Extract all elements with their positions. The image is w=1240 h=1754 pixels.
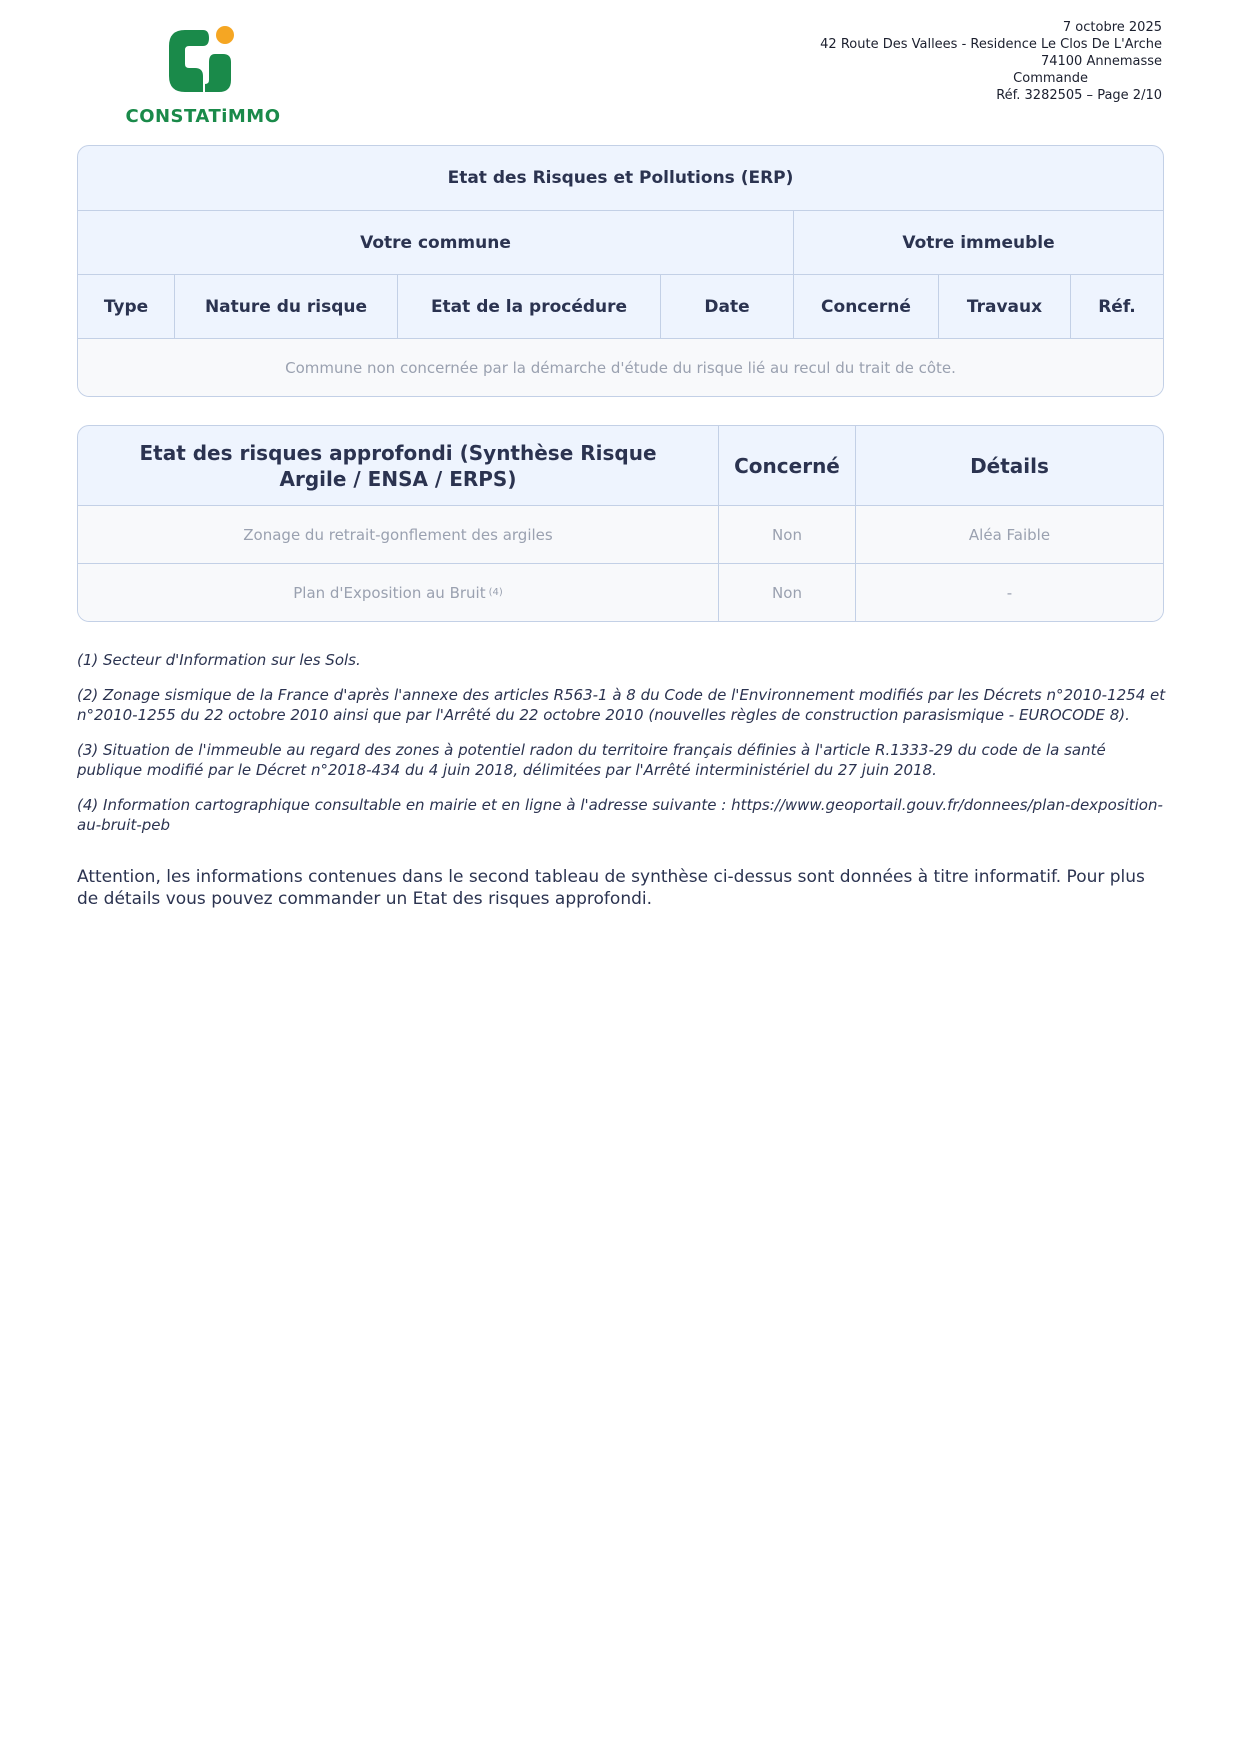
table-row: Plan d'Exposition au Bruit(4) Non - <box>78 564 1163 621</box>
reference-page: Réf. 3282505 – Page 2/10 <box>820 87 1162 104</box>
column-header-nature: Nature du risque <box>174 275 397 338</box>
company-logo: CONSTATiMMO <box>118 18 288 130</box>
column-header-procedure: Etat de la procédure <box>397 275 660 338</box>
erp-table: Etat des Risques et Pollutions (ERP) Vot… <box>77 145 1164 397</box>
column-header-travaux: Travaux <box>938 275 1070 338</box>
column-header-ref: Réf. <box>1070 275 1163 338</box>
risk-label: Zonage du retrait-gonflement des argiles <box>78 506 718 563</box>
erp-status-message: Commune non concernée par la démarche d'… <box>78 339 1163 396</box>
deep-risk-header-row: Etat des risques approfondi (Synthèse Ri… <box>78 426 1163 506</box>
column-header-date: Date <box>660 275 793 338</box>
group-header-immeuble: Votre immeuble <box>793 211 1163 274</box>
brand-name: CONSTATiMMO <box>118 106 288 127</box>
table-row: Zonage du retrait-gonflement des argiles… <box>78 506 1163 564</box>
risk-label-text: Zonage du retrait-gonflement des argiles <box>243 526 552 544</box>
column-header-concerne: Concerné <box>793 275 938 338</box>
erp-column-header-row: Type Nature du risque Etat de la procédu… <box>78 275 1163 339</box>
deep-risk-table: Etat des risques approfondi (Synthèse Ri… <box>77 425 1164 622</box>
document-header-info: 7 octobre 2025 42 Route Des Vallees - Re… <box>820 19 1162 104</box>
property-city: 74100 Annemasse <box>820 53 1162 70</box>
group-header-commune: Votre commune <box>78 211 793 274</box>
erp-table-title: Etat des Risques et Pollutions (ERP) <box>78 146 1163 210</box>
risk-concerne: Non <box>718 564 855 621</box>
property-address: 42 Route Des Vallees - Residence Le Clos… <box>820 36 1162 53</box>
column-header-concerne: Concerné <box>718 426 855 505</box>
attention-notice: Attention, les informations contenues da… <box>77 866 1167 910</box>
footnote-2: (2) Zonage sismique de la France d'après… <box>77 685 1167 725</box>
risk-concerne: Non <box>718 506 855 563</box>
footnotes: (1) Secteur d'Information sur les Sols. … <box>77 650 1167 850</box>
erp-message-row: Commune non concernée par la démarche d'… <box>78 339 1163 396</box>
constatimmo-logo-icon <box>163 22 243 102</box>
footnote-3: (3) Situation de l'immeuble au regard de… <box>77 740 1167 780</box>
risk-label-text: Plan d'Exposition au Bruit <box>293 584 485 602</box>
erp-group-header-row: Votre commune Votre immeuble <box>78 211 1163 275</box>
risk-details: Aléa Faible <box>855 506 1163 563</box>
column-header-details: Détails <box>855 426 1163 505</box>
order-label: Commande <box>820 70 1088 87</box>
footnote-reference: (4) <box>489 587 503 598</box>
risk-details: - <box>855 564 1163 621</box>
deep-risk-title: Etat des risques approfondi (Synthèse Ri… <box>78 426 718 505</box>
erp-table-title-row: Etat des Risques et Pollutions (ERP) <box>78 146 1163 211</box>
column-header-type: Type <box>78 275 174 338</box>
footnote-4: (4) Information cartographique consultab… <box>77 795 1167 835</box>
document-date: 7 octobre 2025 <box>820 19 1162 36</box>
risk-label: Plan d'Exposition au Bruit(4) <box>78 564 718 621</box>
footnote-1: (1) Secteur d'Information sur les Sols. <box>77 650 1167 670</box>
